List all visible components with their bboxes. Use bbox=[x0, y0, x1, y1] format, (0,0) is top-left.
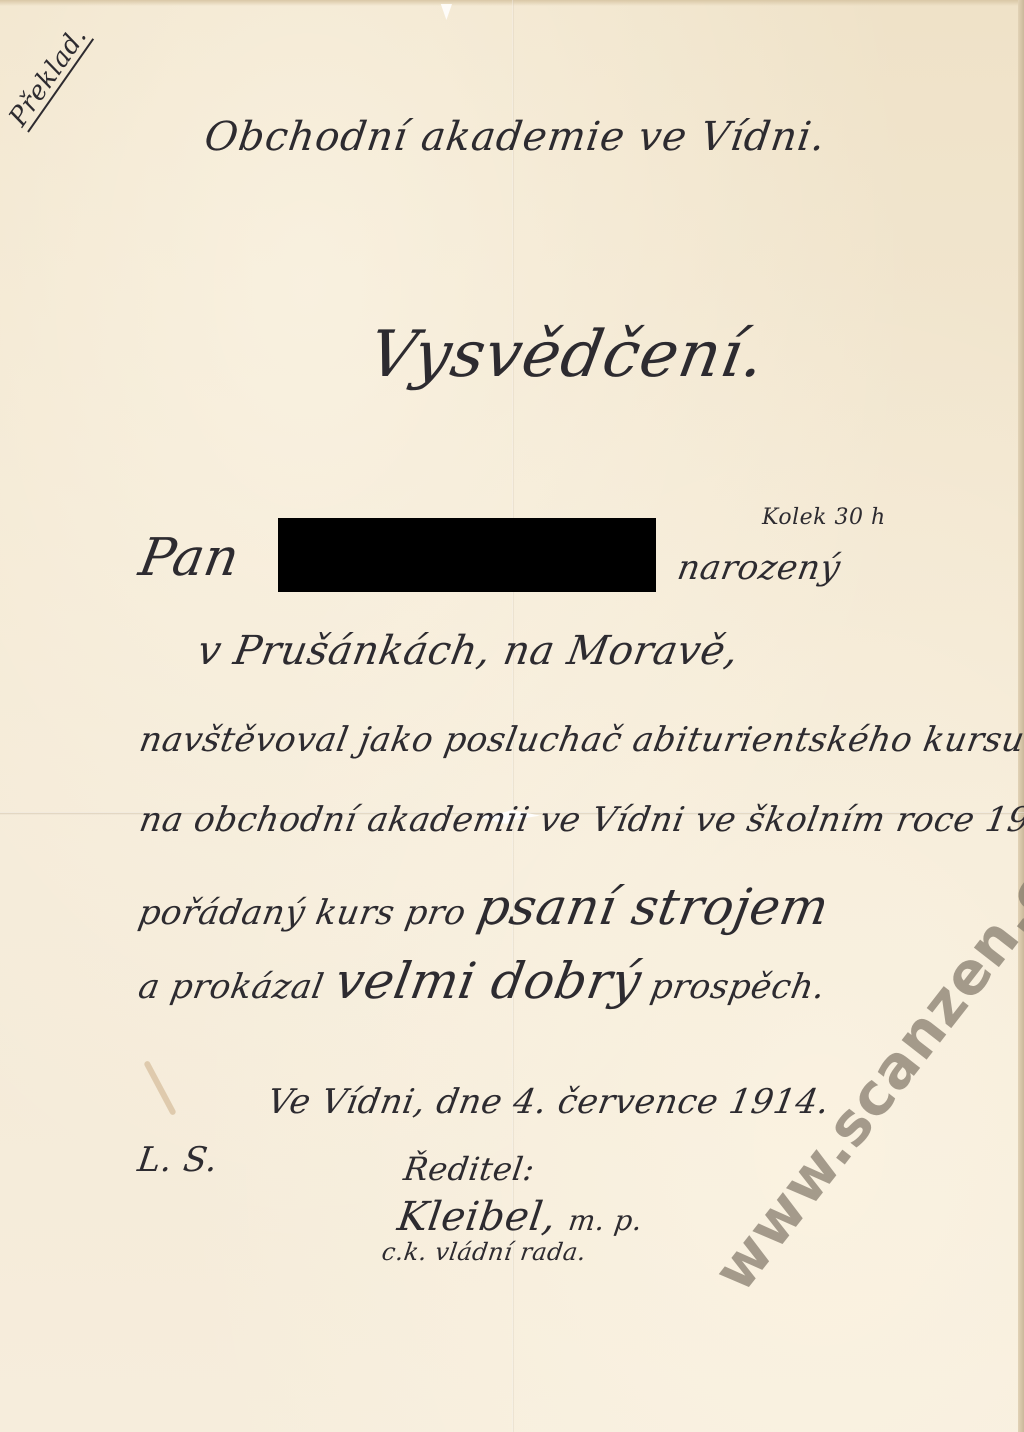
director-role: Ředitel: bbox=[401, 1150, 537, 1188]
stamp-duty-note: Kolek 30 h bbox=[762, 505, 886, 530]
paper-tear-top bbox=[438, 4, 452, 20]
document-title: Vysvědčení. bbox=[363, 318, 770, 392]
academy-line: na obchodní akademii ve Vídni ve školním… bbox=[136, 800, 1024, 840]
birthplace-line: v Prušánkách, na Moravě, bbox=[194, 628, 742, 674]
director-official-title: c.k. vládní rada. bbox=[380, 1238, 588, 1266]
paper-right-edge bbox=[1018, 0, 1024, 1432]
school-name-heading: Obchodní akademie ve Vídni. bbox=[202, 114, 829, 160]
corner-annotation: Překlad. bbox=[3, 22, 93, 132]
name-redaction-bar bbox=[278, 518, 656, 592]
place-and-date: Ve Vídni, dne 4. července 1914. bbox=[264, 1082, 832, 1122]
result-grade: velmi dobrý bbox=[331, 952, 646, 1010]
attendance-line: navštěvoval jako posluchač abiturientské… bbox=[136, 720, 1024, 760]
paper-stain bbox=[143, 1060, 176, 1116]
result-suffix: prospěch. bbox=[647, 967, 828, 1007]
director-name: Kleibel, bbox=[395, 1194, 559, 1240]
result-prefix: a prokázal bbox=[135, 967, 327, 1007]
scanned-document-page: Překlad. Obchodní akademie ve Vídni. Vys… bbox=[0, 0, 1024, 1432]
seal-mark: L. S. bbox=[135, 1140, 220, 1180]
result-line: a prokázal velmi dobrý prospěch. bbox=[135, 952, 831, 1010]
director-name-suffix: m. p. bbox=[566, 1204, 644, 1237]
born-word: narozený bbox=[674, 548, 843, 588]
course-name: psaní strojem bbox=[473, 878, 834, 936]
course-line: pořádaný kurs pro psaní strojem bbox=[135, 878, 834, 936]
salutation: Pan bbox=[135, 528, 244, 588]
course-prefix: pořádaný kurs pro bbox=[135, 893, 469, 933]
director-signature: Kleibel, m. p. bbox=[395, 1194, 646, 1240]
